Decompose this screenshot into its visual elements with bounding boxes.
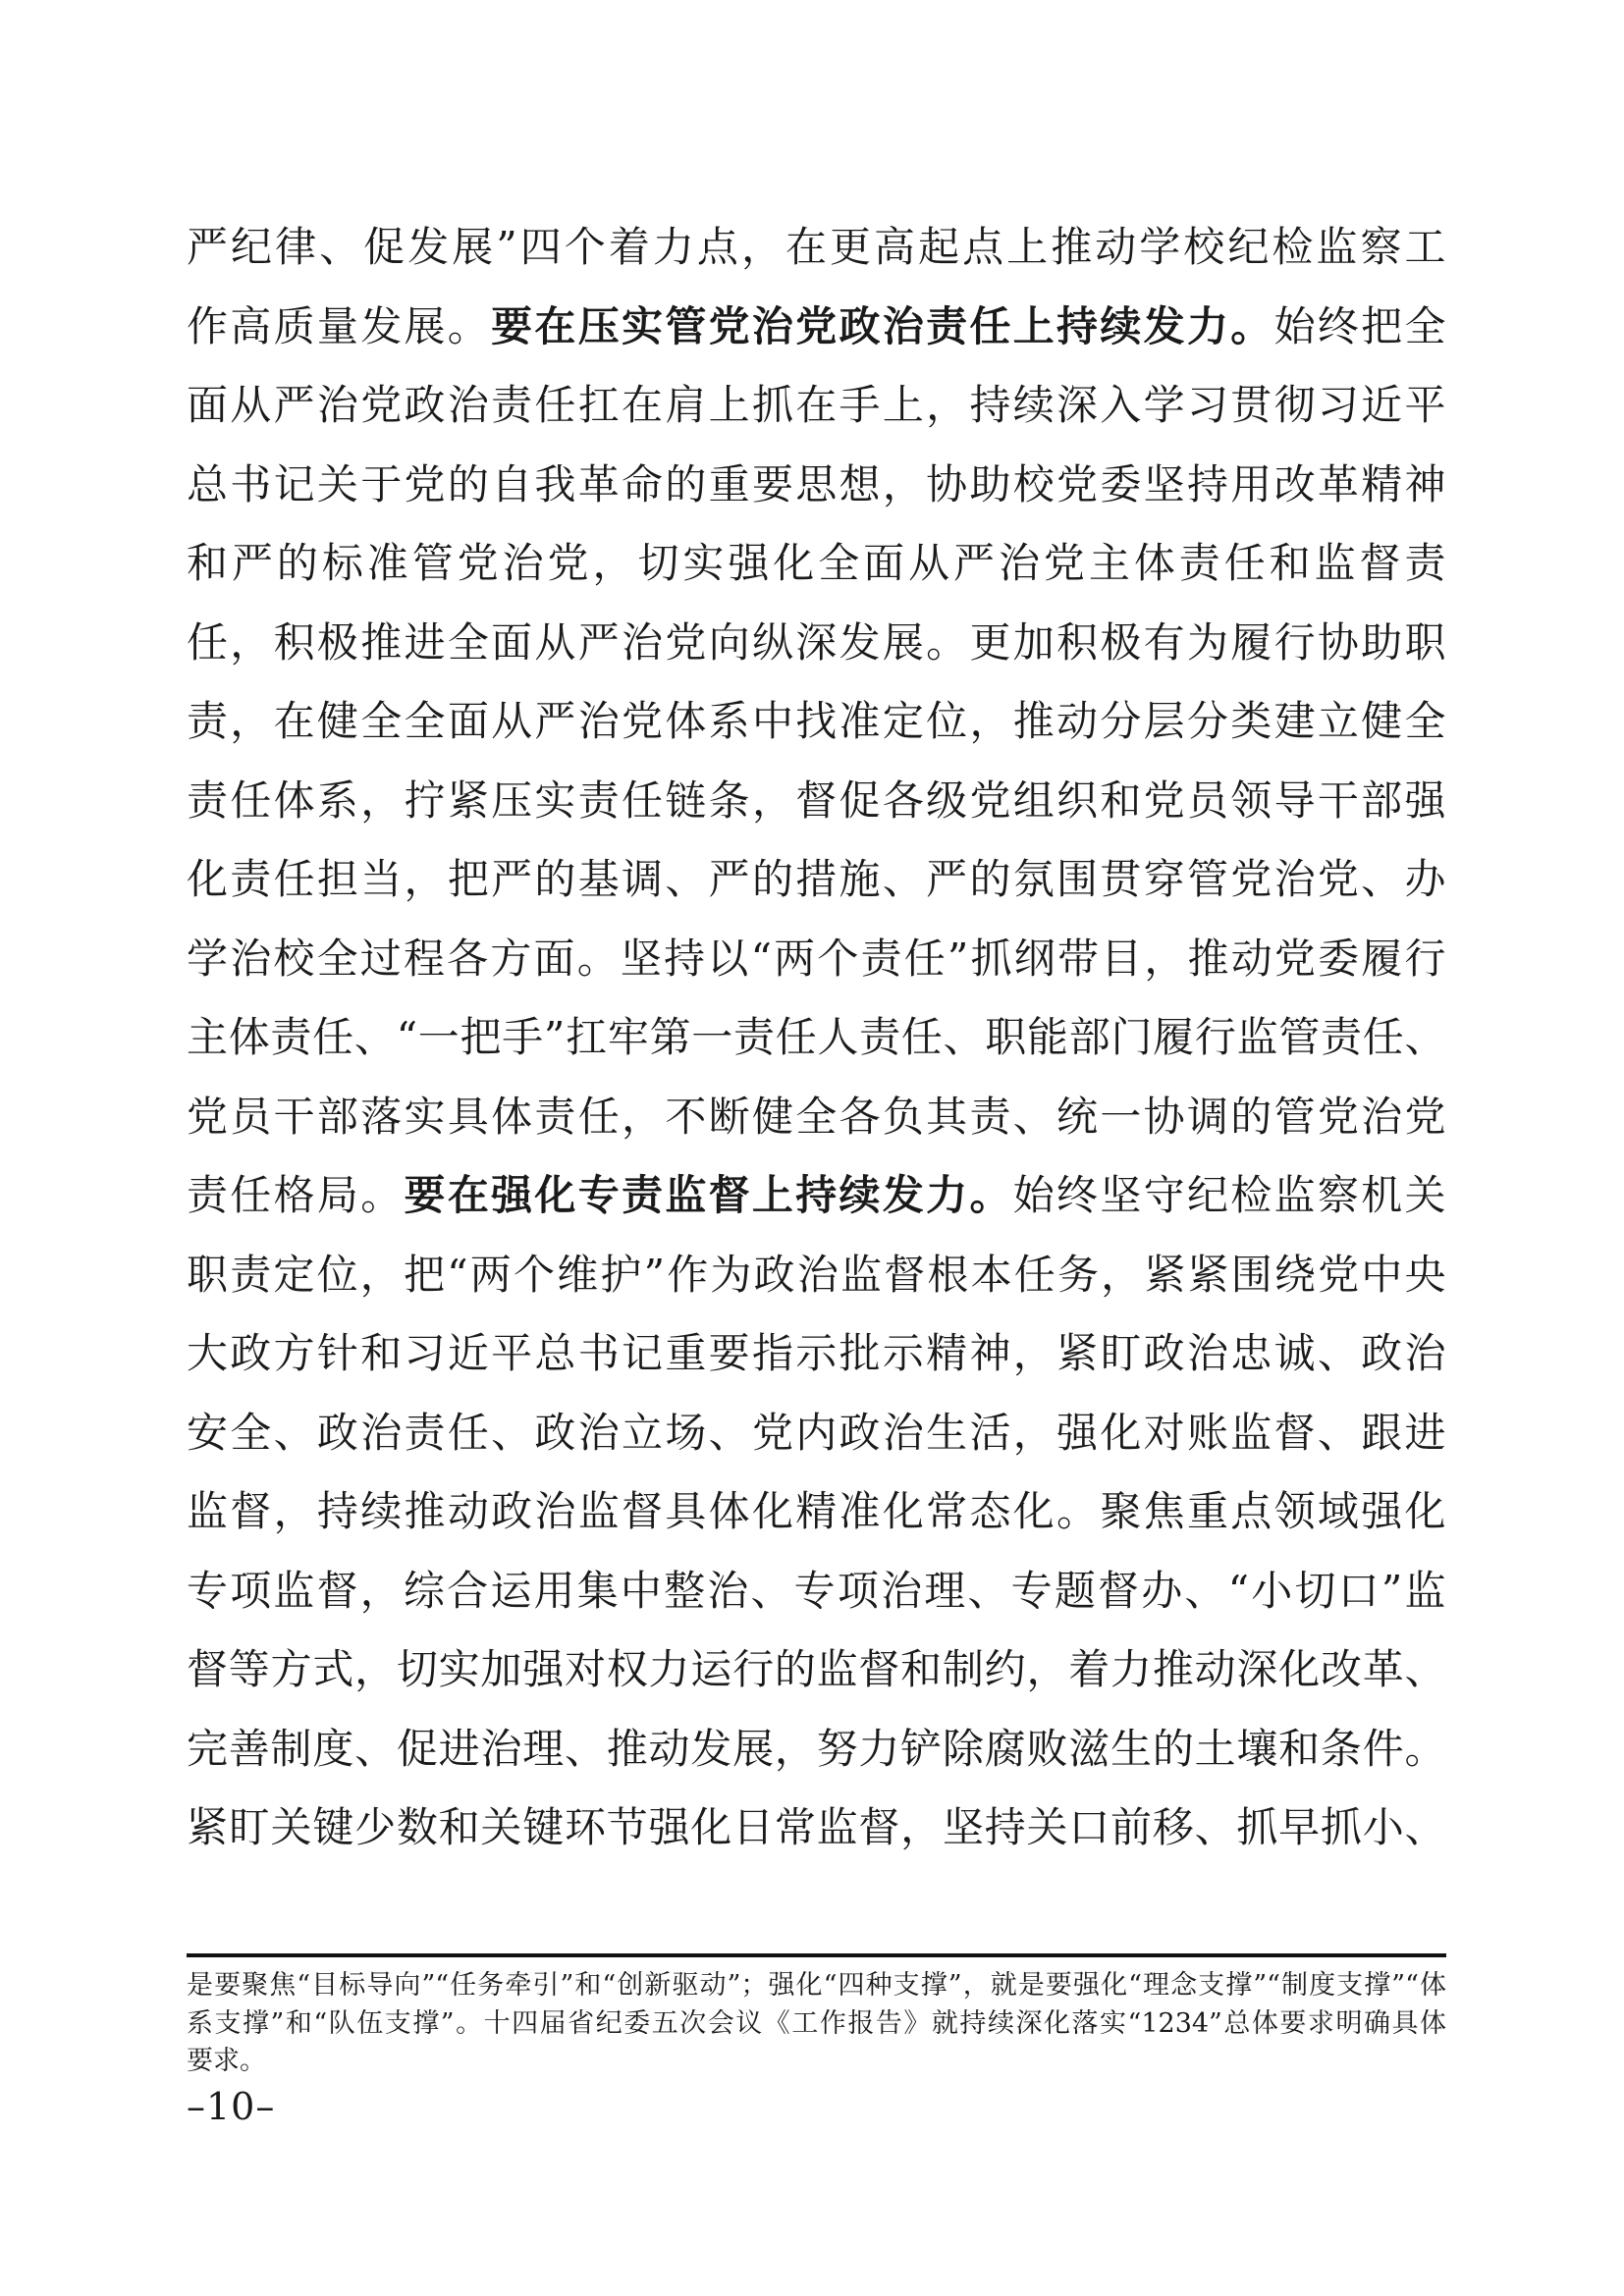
body-text-run: 职责定位，把“两个维护”作为政治监督根本任务，紧紧围绕党中央 [187, 1251, 1446, 1299]
body-text-line: 作高质量发展。要在压实管党治党政治责任上持续发力。始终把全 [187, 288, 1446, 367]
body-text-run: 学治校全过程各方面。坚持以“两个责任”抓纲带目，推动党委履行 [187, 934, 1446, 983]
body-text-run: 和严的标准管党治党，切实强化全面从严治党主体责任和监督责 [187, 539, 1446, 587]
body-text-run: 责任体系，拧紧压实责任链条，督促各级党组织和党员领导干部强 [187, 776, 1446, 825]
body-text-run: 安全、政治责任、政治立场、党内政治生活，强化对账监督、跟进 [187, 1409, 1446, 1457]
body-text-run: 紧盯关键少数和关键环节强化日常监督，坚持关口前移、抓早抓小、 [187, 1803, 1446, 1851]
body-text-run: 任，积极推进全面从严治党向纵深发展。更加积极有为履行协助职 [187, 618, 1446, 667]
bold-emphasis-text: 要在压实管党治党政治责任上持续发力。 [491, 302, 1273, 350]
body-text-run: 大政方针和习近平总书记重要指示批示精神，紧盯政治忠诚、政治 [187, 1329, 1446, 1377]
bold-emphasis-text: 要在强化专责监督上持续发力。 [405, 1171, 1013, 1219]
footnote: 是要聚焦“目标导向”“任务牵引”和“创新驱动”；强化“四种支撑”，就是要强化“理… [187, 1967, 1446, 2081]
body-text-run: 责，在健全全面从严治党体系中找准定位，推动分层分类建立健全 [187, 697, 1446, 745]
body-text-line: 完善制度、促进治理、推动发展，努力铲除腐败滋生的土壤和条件。 [187, 1710, 1446, 1789]
body-text-run: 督等方式，切实加强对权力运行的监督和制约，着力推动深化改革、 [187, 1645, 1446, 1693]
body-text-line: 学治校全过程各方面。坚持以“两个责任”抓纲带目，推动党委履行 [187, 920, 1446, 999]
body-text: 严纪律、促发展”四个着力点，在更高起点上推动学校纪检监察工作高质量发展。要在压实… [187, 208, 1446, 1868]
body-text-line: 安全、政治责任、政治立场、党内政治生活，强化对账监督、跟进 [187, 1394, 1446, 1473]
body-text-line: 面从严治党政治责任扛在肩上抓在手上，持续深入学习贯彻习近平 [187, 366, 1446, 446]
body-text-run: 始终把全 [1274, 302, 1446, 350]
footnote-line: 要求。 [187, 2043, 1446, 2081]
body-text-run: 化责任担当，把严的基调、严的措施、严的氛围贯穿管党治党、办 [187, 855, 1446, 903]
body-text-line: 主体责任、“一把手”扛牢第一责任人责任、职能部门履行监管责任、 [187, 998, 1446, 1078]
body-text-run: 始终坚守纪检监察机关 [1013, 1171, 1446, 1219]
body-text-line: 党员干部落实具体责任，不断健全各负其责、统一协调的管党治党 [187, 1078, 1446, 1157]
body-text-line: 监督，持续推动政治监督具体化精准化常态化。聚焦重点领域强化 [187, 1472, 1446, 1552]
body-text-run: 专项监督，综合运用集中整治、专项治理、专题督办、“小切口”监 [187, 1567, 1446, 1615]
document-page: 严纪律、促发展”四个着力点，在更高起点上推动学校纪检监察工作高质量发展。要在压实… [0, 0, 1624, 2296]
body-text-run: 监督，持续推动政治监督具体化精准化常态化。聚焦重点领域强化 [187, 1487, 1446, 1535]
page-number: –10– [187, 2085, 275, 2129]
body-text-run: 作高质量发展。 [187, 302, 491, 350]
body-text-line: 大政方针和习近平总书记重要指示批示精神，紧盯政治忠诚、政治 [187, 1314, 1446, 1394]
footnote-separator [187, 1953, 1446, 1957]
body-text-run: 党员干部落实具体责任，不断健全各负其责、统一协调的管党治党 [187, 1093, 1446, 1141]
body-text-run: 严纪律、促发展”四个着力点，在更高起点上推动学校纪检监察工 [187, 223, 1446, 271]
body-text-line: 和严的标准管党治党，切实强化全面从严治党主体责任和监督责 [187, 524, 1446, 604]
footnote-line: 系支撑”和“队伍支撑”。十四届省纪委五次会议《工作报告》就持续深化落实“1234… [187, 2005, 1446, 2044]
body-text-run: 主体责任、“一把手”扛牢第一责任人责任、职能部门履行监管责任、 [187, 1013, 1446, 1061]
body-text-line: 总书记关于党的自我革命的重要思想，协助校党委坚持用改革精神 [187, 446, 1446, 525]
body-text-line: 责任体系，拧紧压实责任链条，督促各级党组织和党员领导干部强 [187, 762, 1446, 841]
body-text-run: 总书记关于党的自我革命的重要思想，协助校党委坚持用改革精神 [187, 460, 1446, 508]
body-text-run: 面从严治党政治责任扛在肩上抓在手上，持续深入学习贯彻习近平 [187, 381, 1446, 429]
body-text-line: 责任格局。要在强化专责监督上持续发力。始终坚守纪检监察机关 [187, 1156, 1446, 1236]
body-text-line: 职责定位，把“两个维护”作为政治监督根本任务，紧紧围绕党中央 [187, 1236, 1446, 1315]
footnote-line: 是要聚焦“目标导向”“任务牵引”和“创新驱动”；强化“四种支撑”，就是要强化“理… [187, 1967, 1446, 2005]
body-text-line: 化责任担当，把严的基调、严的措施、严的氛围贯穿管党治党、办 [187, 840, 1446, 920]
body-text-run: 责任格局。 [187, 1171, 405, 1219]
body-text-line: 严纪律、促发展”四个着力点，在更高起点上推动学校纪检监察工 [187, 208, 1446, 288]
body-text-line: 责，在健全全面从严治党体系中找准定位，推动分层分类建立健全 [187, 682, 1446, 762]
body-text-run: 完善制度、促进治理、推动发展，努力铲除腐败滋生的土壤和条件。 [187, 1725, 1446, 1773]
body-text-line: 督等方式，切实加强对权力运行的监督和制约，着力推动深化改革、 [187, 1630, 1446, 1710]
body-text-line: 任，积极推进全面从严治党向纵深发展。更加积极有为履行协助职 [187, 604, 1446, 683]
body-text-line: 紧盯关键少数和关键环节强化日常监督，坚持关口前移、抓早抓小、 [187, 1789, 1446, 1868]
body-text-line: 专项监督，综合运用集中整治、专项治理、专题督办、“小切口”监 [187, 1552, 1446, 1631]
